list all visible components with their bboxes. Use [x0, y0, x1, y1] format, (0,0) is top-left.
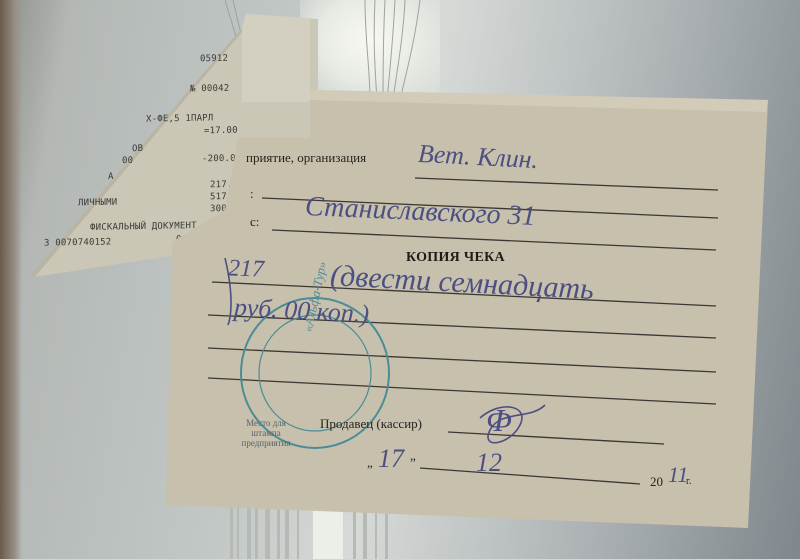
seller-label: Продавец (кассир) [320, 416, 422, 432]
date-open-quote: „ [367, 455, 373, 471]
date-year-unit: г. [686, 476, 691, 487]
seller-signature: Ф [486, 402, 512, 439]
org-label: приятие, организация [246, 150, 366, 166]
date-year-prefix: 20 [650, 474, 663, 490]
stamp-place-label: Место для штампа предприятия [236, 418, 296, 448]
org-value: Вет. Клин. [417, 139, 539, 175]
date-month: 12 [476, 448, 502, 478]
date-close-quote: ” [410, 455, 416, 471]
receipt-copy-form: приятие, организация Вет. Клин. : с: Ста… [0, 0, 800, 559]
address-label: с: [250, 214, 259, 230]
amount-digits: 217 [228, 255, 265, 283]
date-day: 17 [378, 444, 404, 474]
line2-label: : [250, 186, 254, 202]
